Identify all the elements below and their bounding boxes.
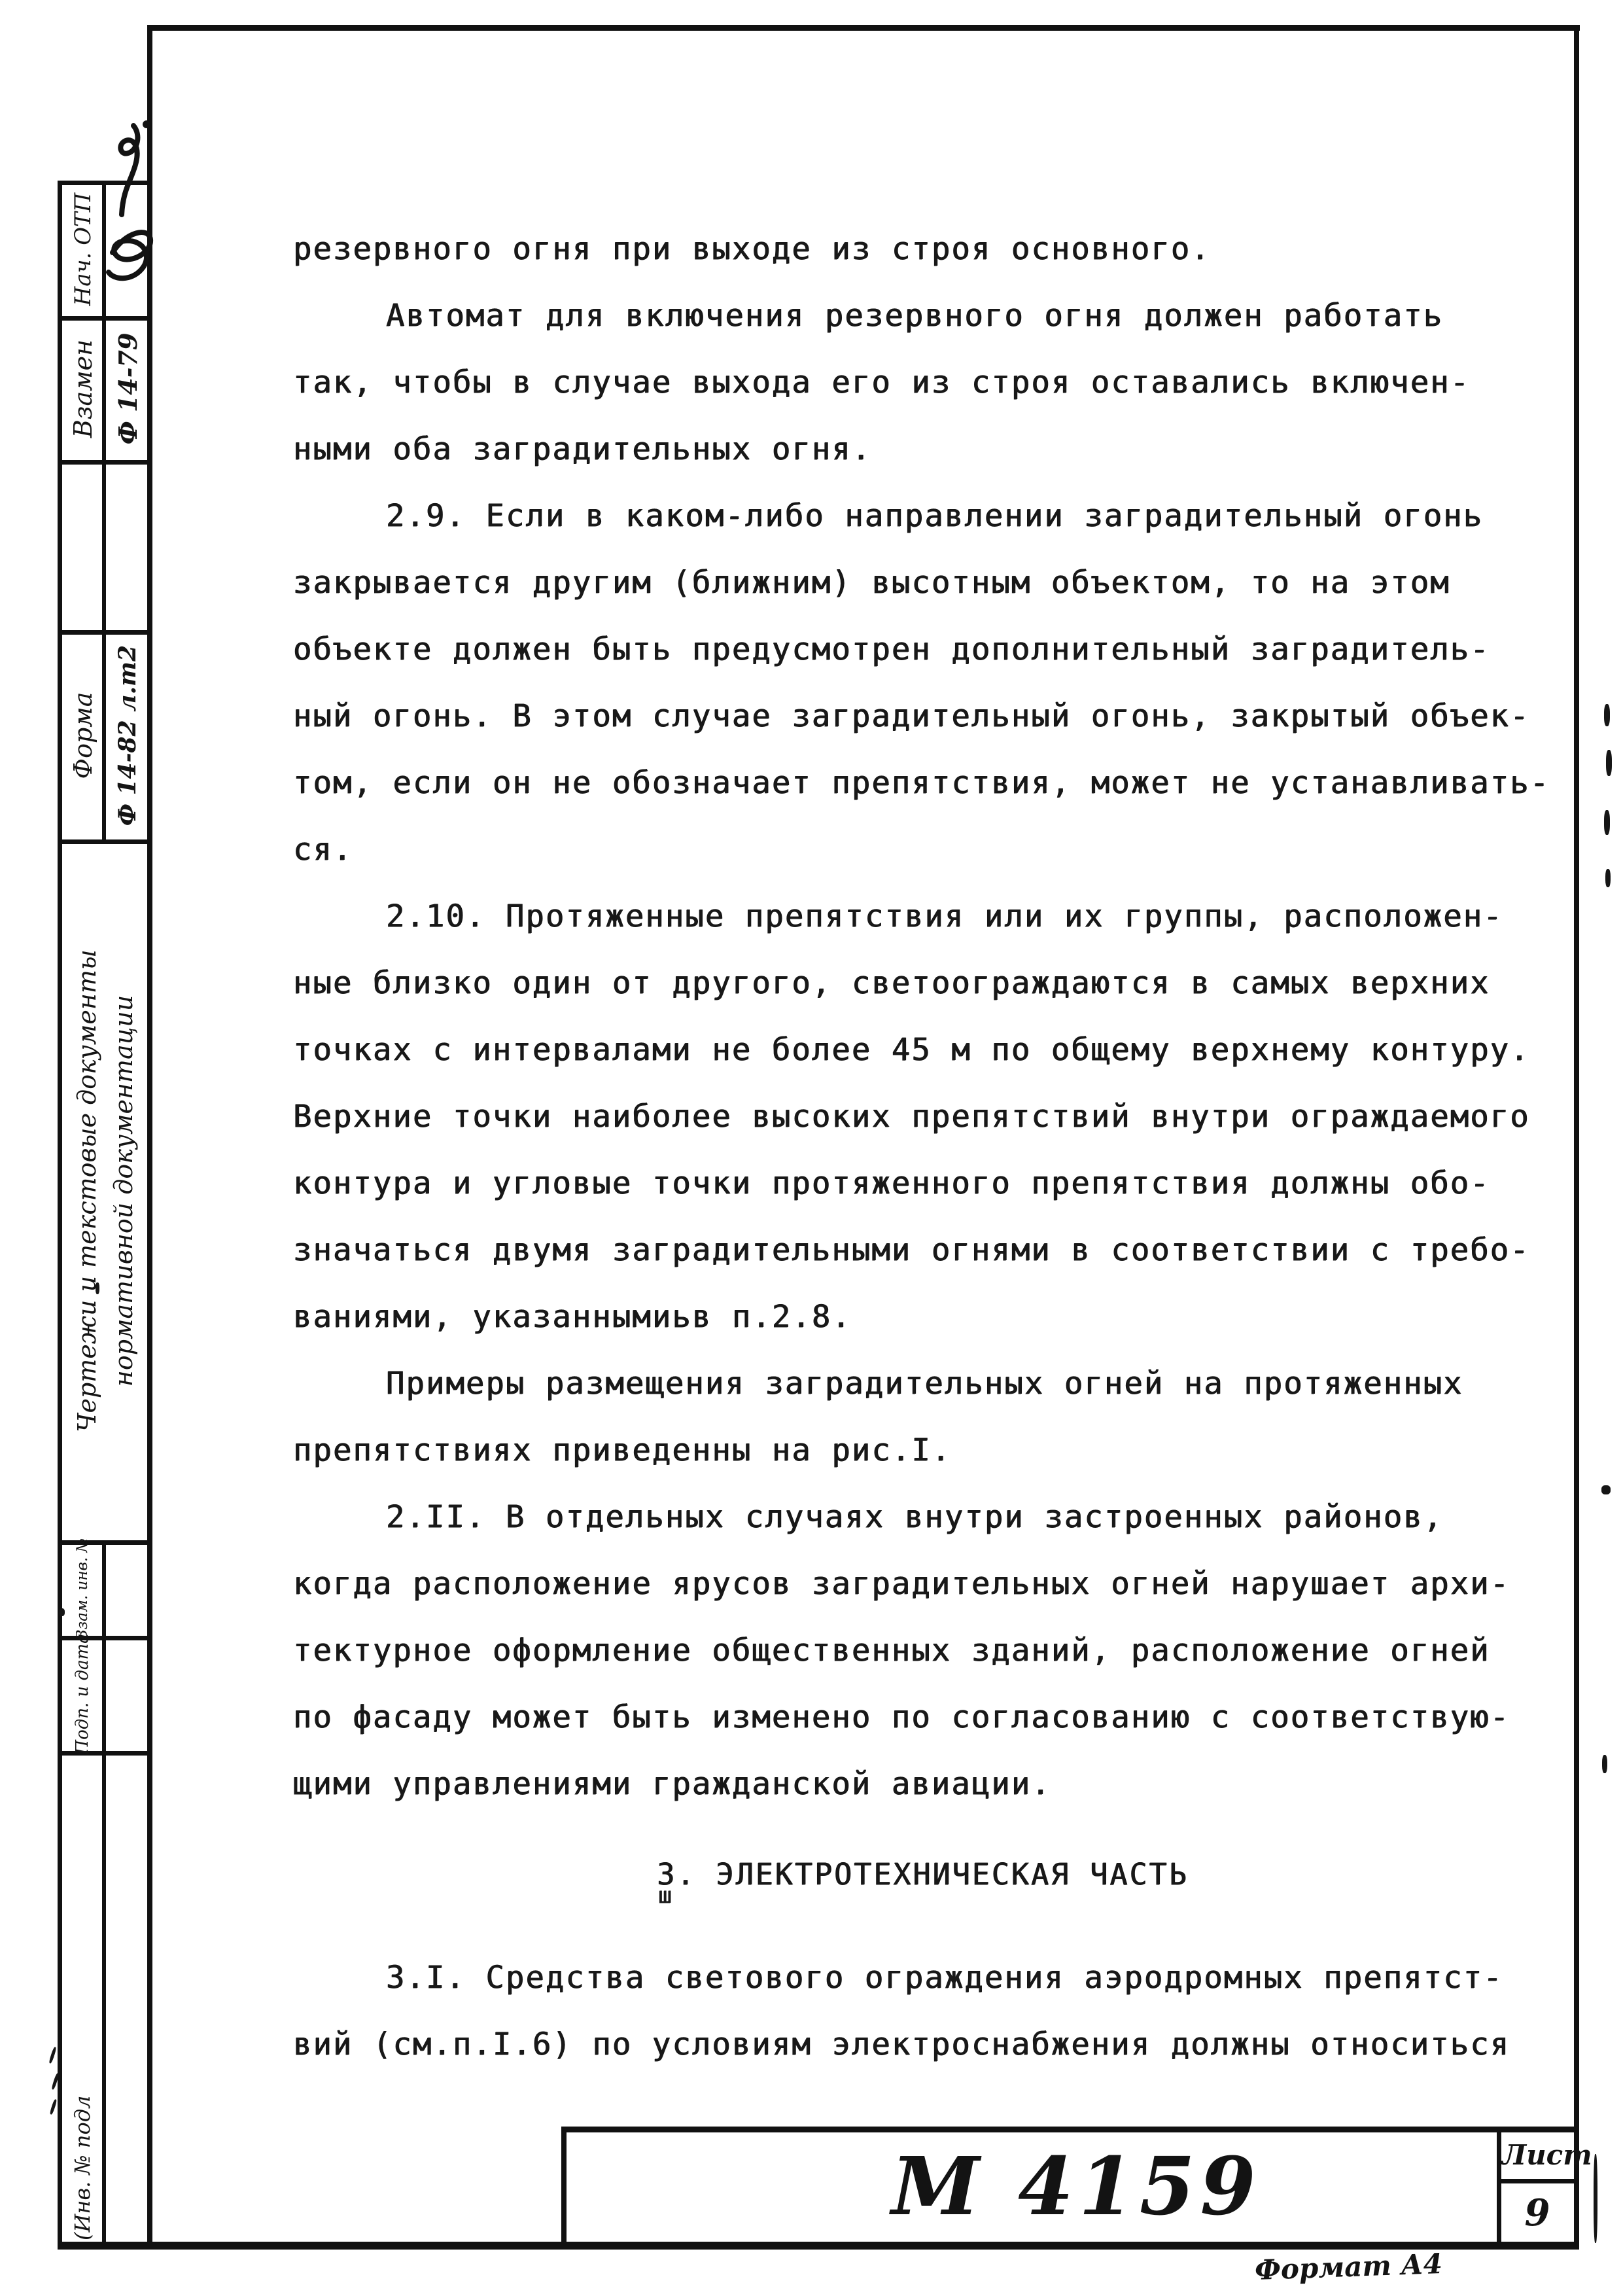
text-line: том, если он не обозначает препятствия, … [293,750,1552,817]
signature-icon [103,116,158,313]
text-line: Верхние точки наиболее высоких препятств… [293,1084,1552,1150]
stamp-nach-otp-label: Нач. ОТП [64,185,102,314]
text-line: резервного огня при выходе из строя осно… [293,216,1552,283]
frame-left-line [147,25,152,2248]
scan-mark [59,1608,65,1616]
text-line: 2.9. Если в каком-либо направлении загра… [293,483,1552,550]
sidebar-row-line-8 [58,1751,152,1756]
titleblock-left-line [561,2127,567,2243]
text-line: тектурное оформление общественных зданий… [293,1617,1552,1684]
scan-mark [1602,1755,1607,1773]
doc-class-text: Чертежи и текстовые документы нормативно… [69,949,142,1432]
text-line: щими управлениями гражданской авиации. [293,1751,1552,1818]
format-note: Формат А4 [1254,2248,1442,2286]
frame-top-line [147,25,1580,31]
scan-mark [1604,704,1610,726]
scan-mark [48,2047,57,2064]
stamp-vzam-inv-label: Взам. инв. № [64,1544,101,1634]
text-line: ваниями, указаннымиьв п.2.8. [293,1284,1552,1351]
sheet-box-divider [1497,2179,1577,2183]
scan-mark [1604,810,1610,835]
frame-right-line [1574,25,1579,2250]
text-line: вий (см.п.I.6) по условиям электроснабже… [293,2011,1552,2078]
text-line: ные близко один от другого, светоогражда… [293,950,1552,1017]
text-line: 3.I. Средства светового ограждения аэрод… [293,1945,1552,2011]
scan-mark [1605,869,1611,887]
heading-overtype-mark: ш [658,1884,671,1907]
frame-bottom-line [58,2242,1579,2250]
text-line: закрывается другим (ближним) высотным об… [293,550,1552,616]
sidebar-row-line-5 [58,839,152,844]
doc-number: М 4159 [654,2134,1498,2238]
text-line: 2.10. Протяженные препятствия или их гру… [293,883,1552,950]
sheet-number: 9 [1501,2183,1573,2242]
section-heading-text: 3. ЭЛЕКТРОТЕХНИЧЕСКАЯ ЧАСТЬш [657,1841,1189,1908]
sidebar-left-line [58,181,62,2246]
sheet-label: Лист [1502,2132,1587,2179]
text-line: по фасаду может быть изменено по согласо… [293,1684,1552,1751]
text-line: 2.II. В отдельных случаях внутри застрое… [293,1484,1552,1551]
text-line: объекте должен быть предусмотрен дополни… [293,616,1552,683]
scan-mark [49,2099,57,2115]
doc-class-cell: Чертежи и текстовые документы нормативно… [65,844,145,1538]
scan-mark [96,1282,99,1294]
text-line: препятствиях приведенны на рис.I. [293,1417,1552,1484]
text-line: так, чтобы в случае выхода его из строя … [293,349,1552,416]
text-line: когда расположение ярусов заградительных… [293,1551,1552,1617]
text-line: Автомат для включения резервного огня до… [293,283,1552,349]
scanned-document-page: { "page": { "background": "#ffffff", "in… [0,0,1623,2296]
stamp-vzamen-label: Взамен [64,319,102,458]
text-line: ся. [293,817,1552,883]
text-line: значаться двумя заградительными огнями в… [293,1217,1552,1284]
text-line: контура и угловые точки протяженного пре… [293,1150,1552,1217]
sidebar-column-divider-lower [102,1542,106,2244]
titleblock-top-line [561,2127,1579,2132]
text-line: ными оба заградительных огня. [293,416,1552,483]
scan-mark [1606,750,1612,776]
scan-mark [1594,2154,1597,2243]
text-line: точках с интервалами не более 45 м по об… [293,1017,1552,1084]
stamp-forma-label: Форма [64,633,102,838]
stamp-vzamen-value: Ф 14-79 [109,319,147,458]
scan-mark [1601,1485,1611,1494]
text-line: Примеры размещения заградительных огней … [293,1351,1552,1417]
stamp-forma-value: Ф 14-82 л.т2 [109,633,147,838]
sidebar-row-line-3 [58,460,152,465]
stamp-podp-data-label: Подп. и дата [64,1640,101,1748]
stamp-inv-podl-label: (Инв. № подл [64,1756,101,2240]
body-text: резервного огня при выходе из строя осно… [293,216,1552,2078]
text-line: ный огонь. В этом случае заградительный … [293,683,1552,750]
section-heading: 3. ЭЛЕКТРОТЕХНИЧЕСКАЯ ЧАСТЬш [293,1841,1552,1908]
